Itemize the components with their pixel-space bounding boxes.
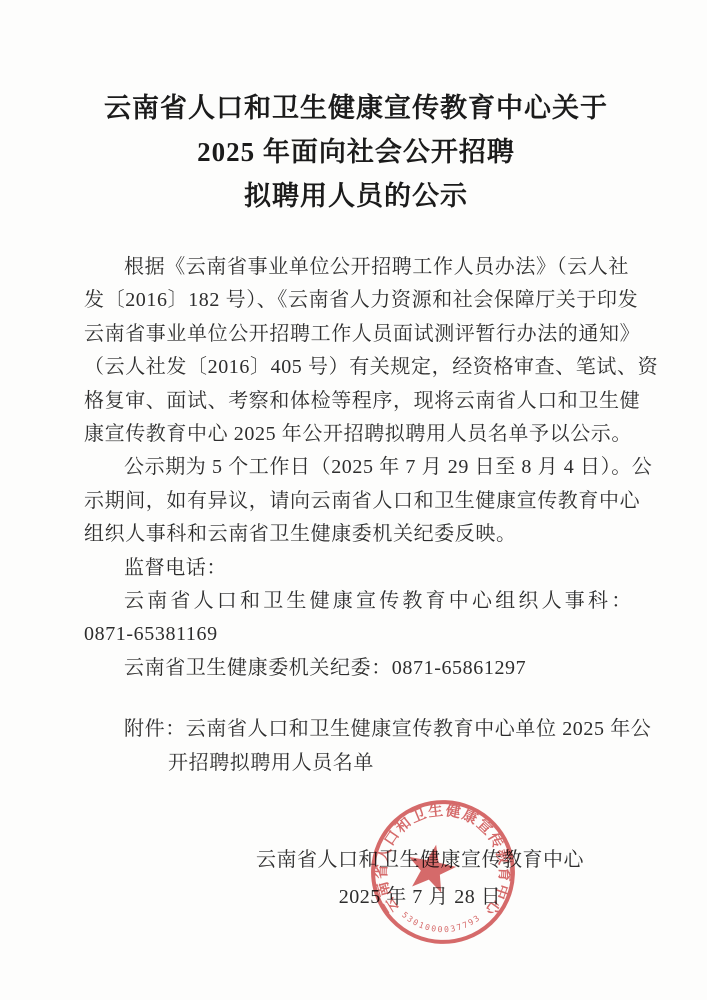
official-seal: 云南省人口和卫生健康宣传教育中心 5301000037793	[363, 792, 522, 951]
document-body: 根据《云南省事业单位公开招聘工作人员办法》（云人社 发〔2016〕182 号）、…	[84, 251, 628, 780]
supervision-phone: 0871-65381169	[84, 618, 628, 651]
attachment-line-1: 附件：云南省人口和卫生健康宣传教育中心单位 2025 年公	[84, 713, 628, 746]
document-content: 云南省人口和卫生健康宣传教育中心关于 2025 年面向社会公开招聘 拟聘用人员的…	[0, 0, 707, 916]
body-line: 公示期为 5 个工作日（2025 年 7 月 29 日至 8 月 4 日）。公	[84, 451, 628, 484]
body-line: 云南省事业单位公开招聘工作人员面试测评暂行办法的通知》	[84, 318, 628, 351]
document-title: 云南省人口和卫生健康宣传教育中心关于 2025 年面向社会公开招聘 拟聘用人员的…	[84, 86, 628, 218]
title-line-1: 云南省人口和卫生健康宣传教育中心关于	[84, 86, 628, 130]
title-line-2: 2025 年面向社会公开招聘	[84, 130, 628, 174]
body-line: 根据《云南省事业单位公开招聘工作人员办法》（云人社	[84, 251, 628, 284]
title-line-3: 拟聘用人员的公示	[84, 174, 628, 218]
seal-code-text: 5301000037793	[400, 909, 483, 935]
body-line: 示期间，如有异议，请向云南省人口和卫生健康宣传教育中心	[84, 485, 628, 518]
body-line: 发〔2016〕182 号）、《云南省人力资源和社会保障厅关于印发	[84, 284, 628, 317]
attachment-line-2: 开招聘拟聘用人员名单	[84, 747, 628, 780]
body-line: 康宣传教育中心 2025 年公开招聘拟聘用人员名单予以公示。	[84, 418, 628, 451]
document-page: 云南省人口和卫生健康宣传教育中心关于 2025 年面向社会公开招聘 拟聘用人员的…	[0, 0, 707, 1000]
body-line: 格复审、面试、考察和体检等程序，现将云南省人口和卫生健	[84, 385, 628, 418]
body-line: 组织人事科和云南省卫生健康委机关纪委反映。	[84, 518, 628, 551]
supervision-org-line: 云南省人口和卫生健康宣传教育中心组织人事科：	[84, 585, 628, 618]
supervision-org-phone-line: 云南省卫生健康委机关纪委：0871-65861297	[84, 652, 628, 685]
star-icon	[408, 844, 457, 893]
supervision-label: 监督电话：	[84, 552, 628, 585]
body-line: （云人社发〔2016〕405 号）有关规定，经资格审查、笔试、资	[84, 351, 628, 384]
seal-name-text: 云南省人口和卫生健康宣传教育中心	[371, 799, 516, 920]
signature-block: 云南省人口和卫生健康宣传教育中心 2025 年 7 月 28 日	[84, 842, 628, 916]
